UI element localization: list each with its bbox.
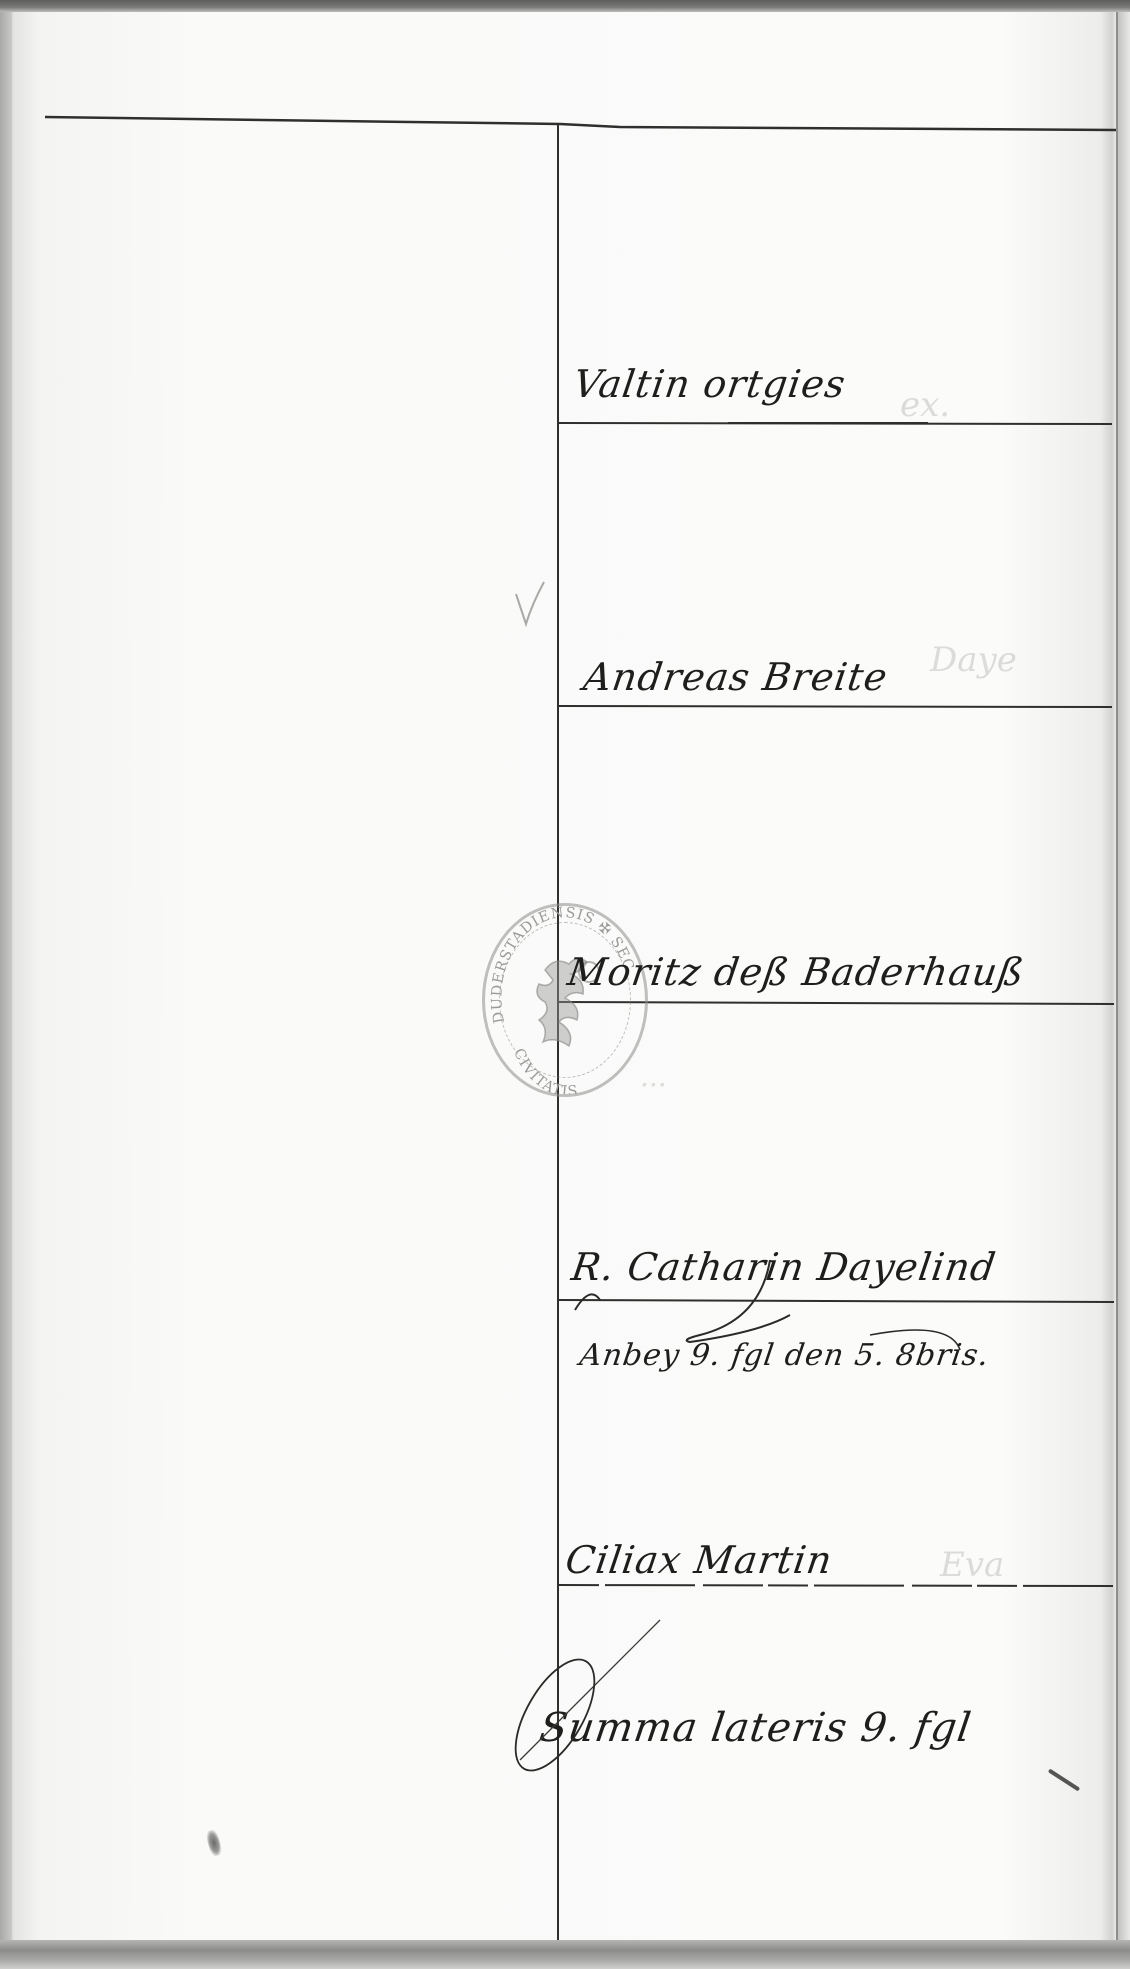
- left-gutter: [0, 12, 12, 1940]
- page-fold-shadow: [1118, 12, 1130, 1940]
- ledger-entry-name: Andreas Breite: [581, 655, 891, 699]
- checkmark-icon: [512, 578, 548, 628]
- page-summary-total: Summa lateris 9. fgl: [537, 1705, 975, 1751]
- ledger-entry-name: Moritz deß Baderhauß: [565, 950, 1027, 994]
- ledger-entry-name: Ciliax Martin: [563, 1538, 836, 1582]
- ledger-entry-note: Anbey 9. fgl den 5. 8bris.: [578, 1338, 992, 1373]
- ledger-entry-name: R. Catharin Dayelind: [569, 1245, 999, 1289]
- ink-smudge: [205, 1829, 223, 1857]
- bleed-through-text: Daye: [930, 640, 1017, 680]
- city-seal-stamp: DUDERSTADIENSIS ✠ SECRETUM CIVITATIS: [482, 903, 648, 1097]
- scan-bottom-border: [0, 1940, 1130, 1969]
- scan-top-border: [0, 0, 1130, 12]
- ledger-page: ex. Daye ... Eva DUDERSTADIENSIS ✠ SECRE…: [0, 0, 1130, 1969]
- bleed-through-text: Eva: [940, 1545, 1004, 1585]
- bleed-through-text: ex.: [900, 385, 950, 425]
- ledger-entry-name: Valtin ortgies: [571, 362, 849, 406]
- entry-underline: [728, 422, 928, 424]
- margin-dash-mark: [1048, 1769, 1080, 1792]
